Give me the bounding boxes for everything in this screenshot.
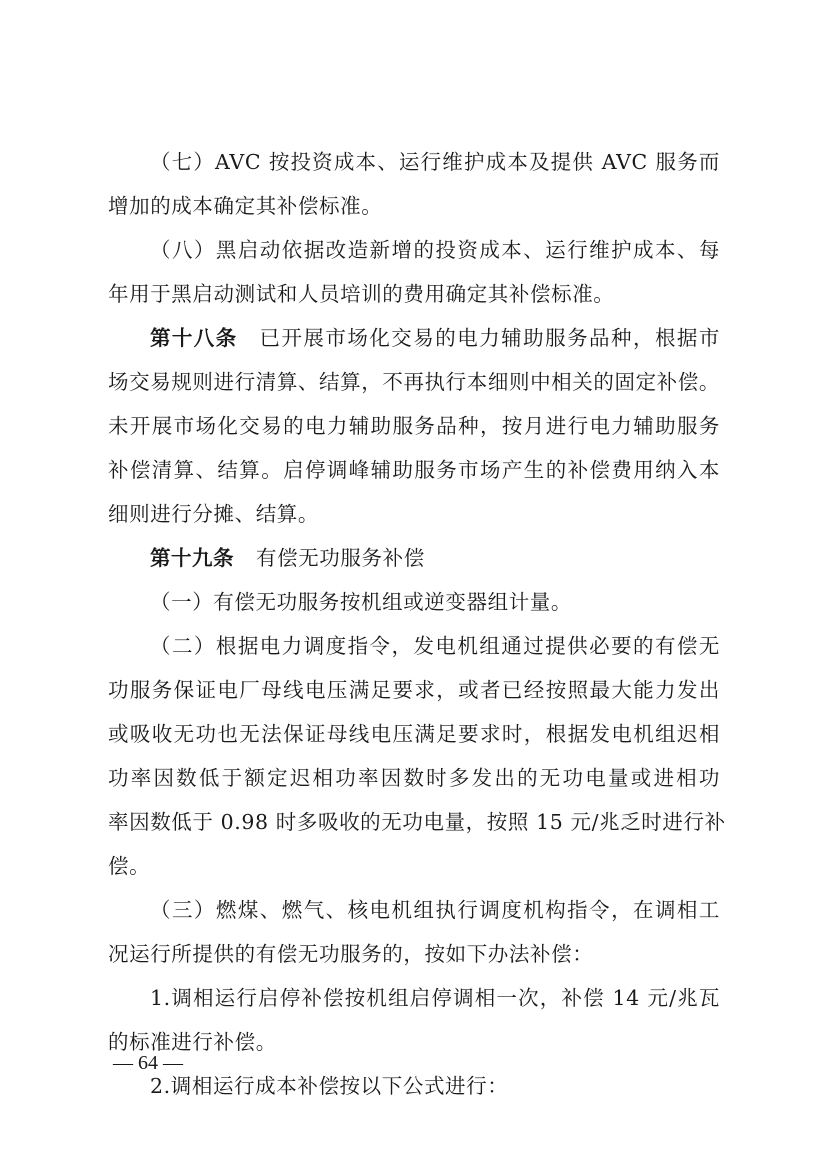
document-page: （七）AVC 按投资成本、运行维护成本及提供 AVC 服务而 增加的成本确定其补… [108, 140, 720, 1108]
paragraph-7-line-1: （七）AVC 按投资成本、运行维护成本及提供 AVC 服务而 [108, 140, 720, 184]
paragraph-7-line-2: 增加的成本确定其补偿标准。 [108, 184, 720, 228]
subitem-1-line-1: 1.调相运行启停补偿按机组启停调相一次，补偿 14 元/兆瓦 [108, 976, 720, 1020]
item-1-line-1: （一）有偿无功服务按机组或逆变器组计量。 [108, 580, 720, 624]
item-2-line-4: 功率因数低于额定迟相功率因数时多发出的无功电量或进相功 [108, 756, 720, 800]
item-2-line-3: 或吸收无功也无法保证母线电压满足要求时，根据发电机组迟相 [108, 712, 720, 756]
subitem-1-line-2: 的标准进行补偿。 [108, 1020, 720, 1064]
paragraph-8-line-2: 年用于黑启动测试和人员培训的费用确定其补偿标准。 [108, 272, 720, 316]
article-18-line-1: 第十八条已开展市场化交易的电力辅助服务品种，根据市 [108, 316, 720, 360]
article-18-heading: 第十八条 [150, 326, 237, 350]
paragraph-8-line-1: （八）黑启动依据改造新增的投资成本、运行维护成本、每 [108, 228, 720, 272]
article-18-line-4: 补偿清算、结算。启停调峰辅助服务市场产生的补偿费用纳入本 [108, 448, 720, 492]
item-2-line-6: 偿。 [108, 844, 720, 888]
item-2-line-5: 率因数低于 0.98 时多吸收的无功电量，按照 15 元/兆乏时进行补 [108, 800, 720, 844]
item-3-line-2: 况运行所提供的有偿无功服务的，按如下办法补偿： [108, 932, 720, 976]
article-19-title: 有偿无功服务补偿 [256, 546, 425, 570]
article-18-text: 已开展市场化交易的电力辅助服务品种，根据市 [259, 326, 720, 350]
article-19-heading: 第十九条 [150, 546, 234, 570]
subitem-2-line-1: 2.调相运行成本补偿按以下公式进行： [108, 1064, 720, 1108]
item-2-line-2: 功服务保证电厂母线电压满足要求，或者已经按照最大能力发出 [108, 668, 720, 712]
page-number: — 64 — [113, 1048, 183, 1078]
article-18-line-2: 场交易规则进行清算、结算，不再执行本细则中相关的固定补偿。 [108, 360, 720, 404]
item-3-line-1: （三）燃煤、燃气、核电机组执行调度机构指令，在调相工 [108, 888, 720, 932]
article-18-line-3: 未开展市场化交易的电力辅助服务品种，按月进行电力辅助服务 [108, 404, 720, 448]
article-18-line-5: 细则进行分摊、结算。 [108, 492, 720, 536]
item-2-line-1: （二）根据电力调度指令，发电机组通过提供必要的有偿无 [108, 624, 720, 668]
article-19-line-1: 第十九条有偿无功服务补偿 [108, 536, 720, 580]
